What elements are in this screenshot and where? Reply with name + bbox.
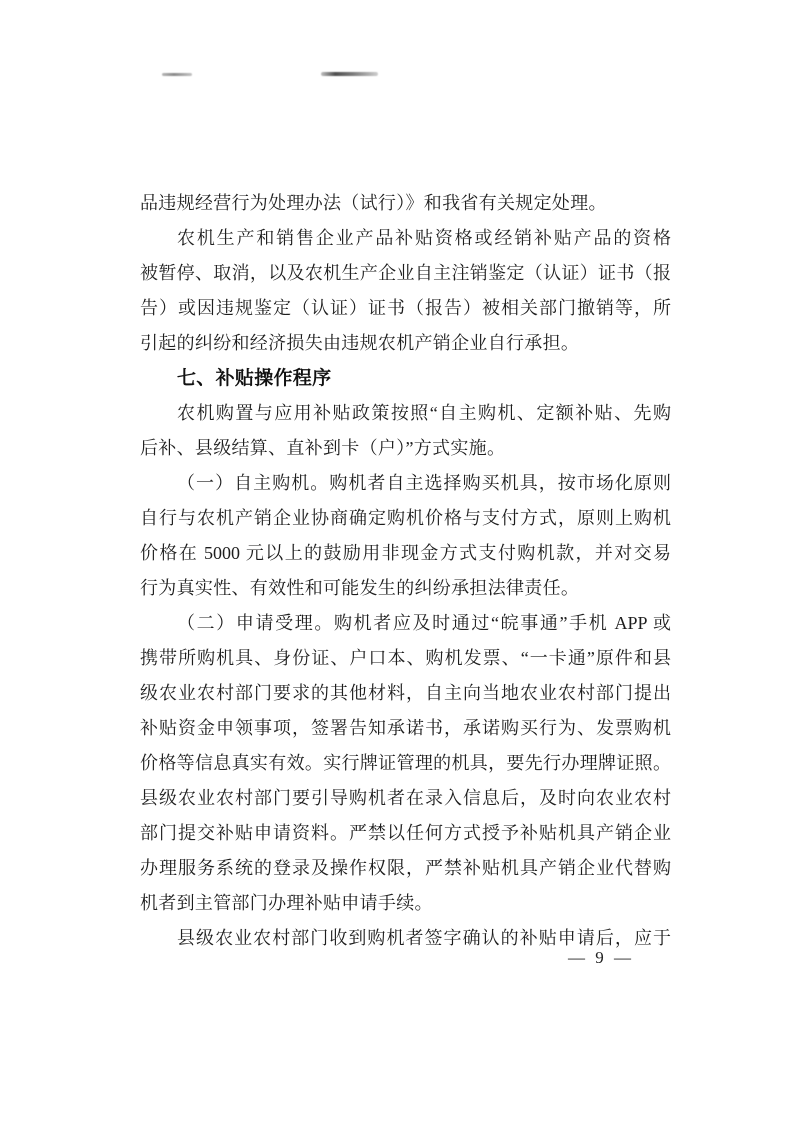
text-line: 七、补贴操作程序	[140, 361, 671, 396]
text-line: 办理服务系统的登录及操作权限，严禁补贴机具产销企业代替购	[140, 851, 671, 886]
text-line: 携带所购机具、身份证、户口本、购机发票、“一卡通”原件和县	[140, 641, 671, 676]
scan-smudge-center	[321, 72, 378, 76]
text-line: 机者到主管部门办理补贴申请手续。	[140, 886, 671, 921]
text-line: 级农业农村部门要求的其他材料，自主向当地农业农村部门提出	[140, 676, 671, 711]
text-line: 自行与农机产销企业协商确定购机价格与支付方式，原则上购机	[140, 501, 671, 536]
text-line: 价格等信息真实有效。实行牌证管理的机具，要先行办理牌证照。	[140, 746, 671, 781]
text-line: 被暂停、取消，以及农机生产企业自主注销鉴定（认证）证书（报	[140, 256, 671, 291]
text-line: 引起的纠纷和经济损失由违规农机产销企业自行承担。	[140, 326, 671, 361]
text-line: （二）申请受理。购机者应及时通过“皖事通”手机 APP 或	[140, 606, 671, 641]
document-page: 品违规经营行为处理办法（试行）》和我省有关规定处理。农机生产和销售企业产品补贴资…	[0, 0, 794, 1122]
text-line: 品违规经营行为处理办法（试行）》和我省有关规定处理。	[140, 186, 671, 221]
text-line: 价格在 5000 元以上的鼓励用非现金方式支付购机款，并对交易	[140, 536, 671, 571]
text-line: 补贴资金申领事项，签署告知承诺书，承诺购买行为、发票购机	[140, 711, 671, 746]
scan-smudge-left	[162, 73, 192, 76]
text-line: 农机购置与应用补贴政策按照“自主购机、定额补贴、先购	[140, 396, 671, 431]
text-line: （一）自主购机。购机者自主选择购买机具，按市场化原则	[140, 466, 671, 501]
text-line: 告）或因违规鉴定（认证）证书（报告）被相关部门撤销等，所	[140, 291, 671, 326]
text-line: 部门提交补贴申请资料。严禁以任何方式授予补贴机具产销企业	[140, 816, 671, 851]
text-line: 行为真实性、有效性和可能发生的纠纷承担法律责任。	[140, 571, 671, 606]
page-number: — 9 —	[568, 948, 634, 968]
text-line: 县级农业农村部门要引导购机者在录入信息后，及时向农业农村	[140, 781, 671, 816]
text-line: 后补、县级结算、直补到卡（户）”方式实施。	[140, 431, 671, 466]
text-block: 品违规经营行为处理办法（试行）》和我省有关规定处理。农机生产和销售企业产品补贴资…	[140, 186, 671, 956]
text-line: 农机生产和销售企业产品补贴资格或经销补贴产品的资格	[140, 221, 671, 256]
